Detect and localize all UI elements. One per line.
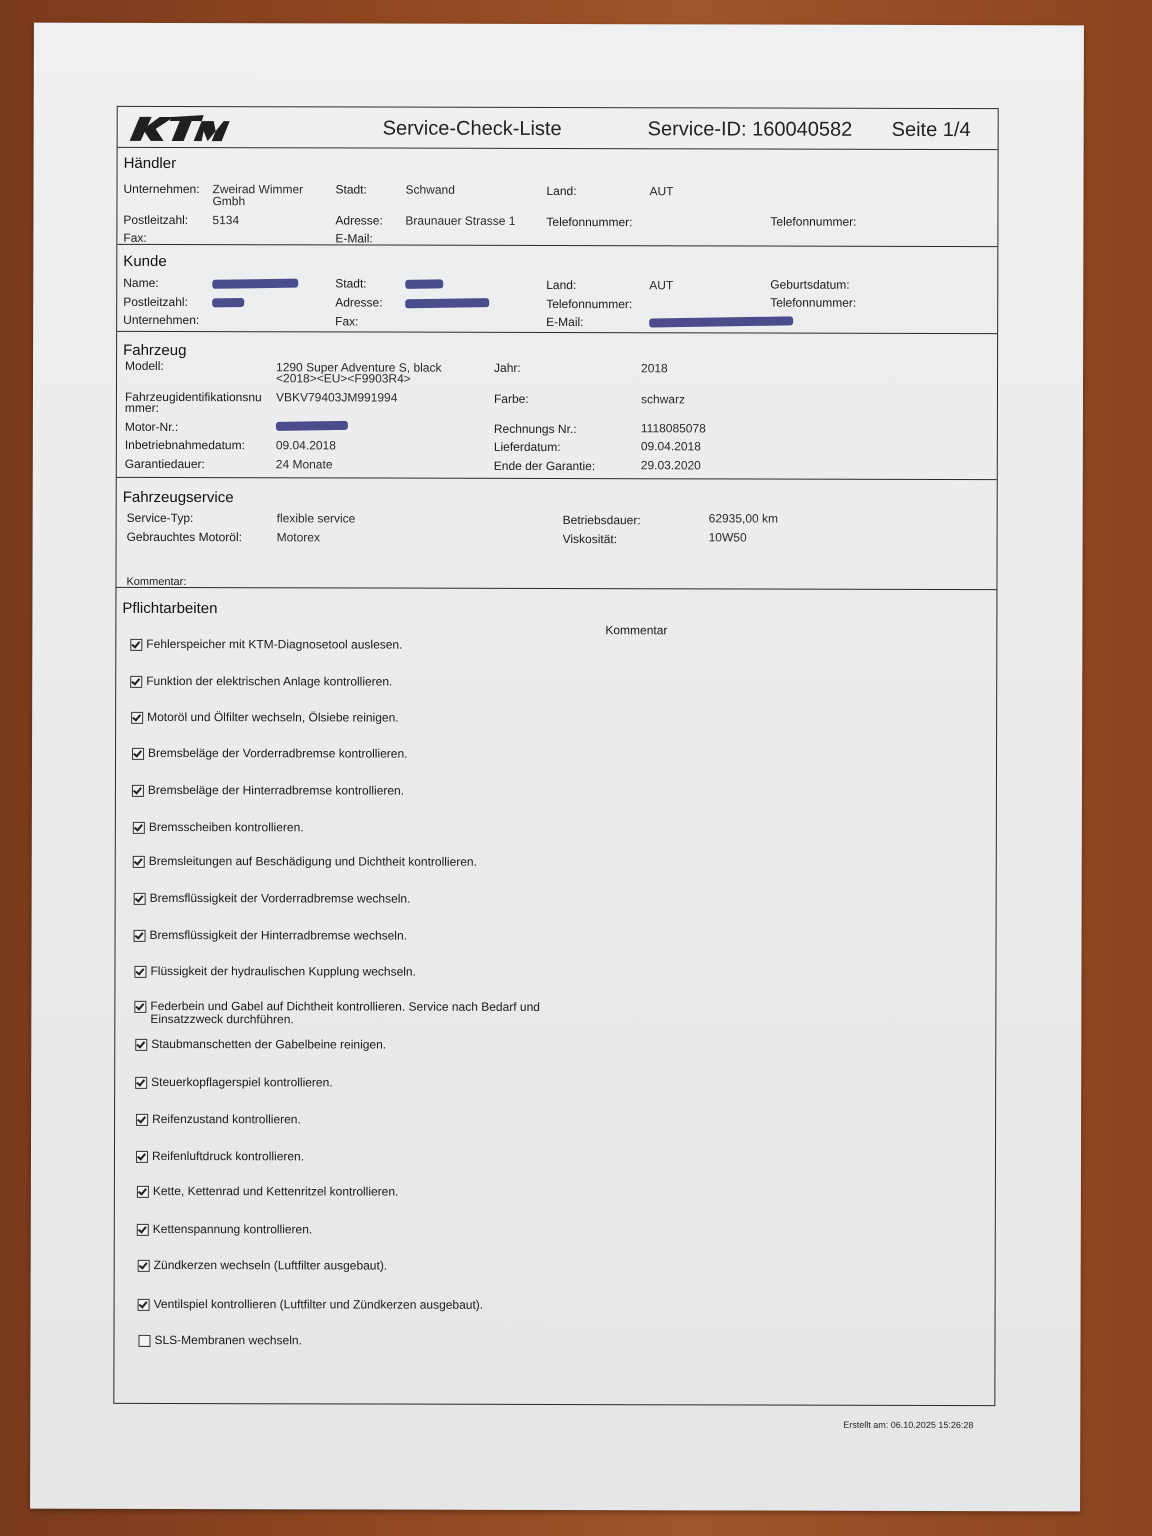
task-label: Bremsflüssigkeit der Hinterradbremse wec… [150, 929, 407, 943]
dealer-city-label: Stadt: [335, 183, 366, 195]
vehicle-model-label: Modell: [125, 360, 164, 372]
created-timestamp: Erstellt am: 06.10.2025 15:26:28 [843, 1420, 973, 1430]
dealer-heading: Händler [124, 155, 177, 172]
dealer-zip-label: Postleitzahl: [123, 214, 188, 226]
task-label: Ventilspiel kontrollieren (Luftfilter un… [154, 1298, 484, 1312]
checkbox-checked-icon[interactable] [134, 1001, 146, 1013]
customer-email-label: E-Mail: [546, 316, 583, 328]
dealer-section: Händler Unternehmen: Zweirad Wimmer Gmbh… [117, 148, 997, 247]
service-oil-value: Motorex [277, 531, 320, 543]
customer-country-label: Land: [546, 279, 576, 291]
task-item: Reifenzustand kontrollieren. [136, 1113, 556, 1127]
task-item: Bremsbeläge der Hinterradbremse kontroll… [132, 784, 552, 798]
document-sheet: Service-Check-Liste Service-ID: 16004058… [30, 23, 1084, 1512]
checkbox-checked-icon[interactable] [135, 1039, 147, 1051]
vehicle-invoice-label: Rechnungs Nr.: [494, 423, 577, 435]
customer-name-label: Name: [123, 277, 158, 289]
task-item: Bremsscheiben kontrollieren. [133, 821, 553, 835]
page-number: Seite 1/4 [892, 119, 971, 142]
vehicle-delivery-value: 09.04.2018 [641, 440, 701, 452]
checkbox-checked-icon[interactable] [138, 1299, 150, 1311]
task-item: Kettenspannung kontrollieren. [137, 1223, 557, 1237]
dealer-address-label: Adresse: [335, 214, 382, 226]
vehicle-vin-value: VBKV79403JM991994 [276, 391, 397, 403]
dealer-email-label: E-Mail: [335, 232, 372, 244]
page-title: Service-Check-Liste [383, 118, 562, 141]
task-label: Reifenluftdruck kontrollieren. [152, 1150, 304, 1163]
customer-birthdate-label: Geburtsdatum: [770, 279, 849, 291]
dealer-fax-label: Fax: [123, 232, 146, 244]
customer-fax-label: Fax: [335, 315, 358, 327]
task-label: Federbein und Gabel auf Dichtheit kontro… [150, 1000, 554, 1027]
task-item: SLS-Membranen wechseln. [138, 1334, 558, 1348]
tasks-comment-header: Kommentar [605, 624, 667, 636]
redacted-zip [212, 298, 244, 307]
task-item: Staubmanschetten der Gabelbeine reinigen… [135, 1038, 555, 1052]
vehicle-invoice-value: 1118085078 [641, 422, 706, 434]
dealer-address-value: Braunauer Strasse 1 [405, 215, 515, 227]
task-label: Kettenspannung kontrollieren. [153, 1223, 312, 1236]
task-item: Reifenluftdruck kontrollieren. [136, 1150, 556, 1164]
task-label: Motoröl und Ölfilter wechseln, Ölsiebe r… [147, 711, 399, 725]
task-label: Staubmanschetten der Gabelbeine reinigen… [151, 1038, 386, 1052]
task-label: Zündkerzen wechseln (Luftfilter ausgebau… [154, 1259, 388, 1273]
task-item: Motoröl und Ölfilter wechseln, Ölsiebe r… [131, 711, 551, 725]
checkbox-checked-icon[interactable] [132, 785, 144, 797]
task-item: Steuerkopflagerspiel kontrollieren. [135, 1076, 555, 1090]
task-item: Ventilspiel kontrollieren (Luftfilter un… [138, 1298, 558, 1312]
service-id: Service-ID: 160040582 [648, 118, 853, 142]
checkbox-checked-icon[interactable] [131, 712, 143, 724]
vehicle-warranty-label: Garantiedauer: [125, 458, 205, 470]
task-item: Bremsflüssigkeit der Hinterradbremse wec… [134, 929, 554, 943]
task-item: Zündkerzen wechseln (Luftfilter ausgebau… [138, 1259, 558, 1273]
service-checklist-form: Service-Check-Liste Service-ID: 16004058… [113, 106, 998, 1406]
checkbox-checked-icon[interactable] [134, 930, 146, 942]
dealer-company-label: Unternehmen: [123, 183, 199, 195]
customer-country-value: AUT [649, 279, 673, 291]
vehicle-heading: Fahrzeug [123, 342, 186, 359]
dealer-city-value: Schwand [405, 184, 454, 196]
task-label: Kette, Kettenrad und Kettenritzel kontro… [153, 1185, 399, 1199]
vehicle-model-line2: <2018><EU><F9903R4> [276, 372, 411, 384]
customer-city-label: Stadt: [335, 277, 366, 289]
vehicle-vin-label-2: mmer: [125, 402, 159, 414]
checkbox-checked-icon[interactable] [130, 676, 142, 688]
vehicle-commission-label: Inbetriebnahmedatum: [125, 439, 245, 451]
vehicle-delivery-label: Lieferdatum: [494, 441, 561, 453]
customer-section: Kunde Name: Stadt: Land: AUT Geburtsdatu… [117, 245, 997, 334]
checkbox-checked-icon[interactable] [130, 639, 142, 651]
vehicle-warranty-end-value: 29.03.2020 [641, 459, 701, 471]
mandatory-tasks-section: Pflichtarbeiten Kommentar Fehlerspeicher… [114, 588, 996, 1405]
tasks-heading: Pflichtarbeiten [122, 600, 217, 617]
service-section: Fahrzeugservice Service-Typ: flexible se… [116, 478, 996, 590]
task-label: Fehlerspeicher mit KTM-Diagnosetool ausl… [146, 638, 402, 652]
dealer-company-value: Zweirad Wimmer Gmbh [212, 183, 322, 207]
dealer-zip-value: 5134 [212, 214, 239, 226]
service-oil-label: Gebrauchtes Motoröl: [127, 531, 242, 543]
service-type-label: Service-Typ: [127, 512, 194, 524]
service-type-value: flexible service [277, 512, 356, 524]
vehicle-year-label: Jahr: [494, 362, 521, 374]
checkbox-empty-icon[interactable] [138, 1335, 150, 1347]
vehicle-warranty-value: 24 Monate [276, 458, 333, 470]
customer-address-label: Adresse: [335, 296, 382, 308]
checkbox-checked-icon[interactable] [137, 1224, 149, 1236]
checkbox-checked-icon[interactable] [135, 1077, 147, 1089]
redacted-address [405, 298, 489, 308]
task-label: Flüssigkeit der hydraulischen Kupplung w… [150, 965, 416, 979]
checkbox-checked-icon[interactable] [138, 1260, 150, 1272]
checkbox-checked-icon[interactable] [133, 822, 145, 834]
service-viscosity-value: 10W50 [709, 531, 747, 543]
ktm-logo-icon [122, 113, 232, 143]
service-mileage-value: 62935,00 km [709, 512, 778, 524]
task-item: Bremsflüssigkeit der Vorderradbremse wec… [134, 892, 554, 906]
task-item: Bremsbeläge der Vorderradbremse kontroll… [132, 747, 552, 761]
vehicle-color-label: Farbe: [494, 393, 529, 405]
checkbox-checked-icon[interactable] [134, 893, 146, 905]
customer-company-label: Unternehmen: [123, 314, 199, 326]
vehicle-engine-label: Motor-Nr.: [125, 421, 178, 433]
service-heading: Fahrzeugservice [123, 489, 234, 506]
task-item: Funktion der elektrischen Anlage kontrol… [130, 675, 550, 689]
checkbox-checked-icon[interactable] [133, 856, 145, 868]
checkbox-checked-icon[interactable] [137, 1186, 149, 1198]
vehicle-color-value: schwarz [641, 393, 685, 405]
redacted-city [405, 279, 443, 289]
checkbox-checked-icon[interactable] [132, 748, 144, 760]
dealer-phone-label: Telefonnummer: [546, 216, 632, 228]
vehicle-commission-value: 09.04.2018 [276, 439, 336, 451]
customer-phone-label: Telefonnummer: [546, 298, 632, 310]
dealer-phone2-label: Telefonnummer: [770, 216, 856, 228]
task-item: Flüssigkeit der hydraulischen Kupplung w… [134, 965, 554, 979]
checkbox-checked-icon[interactable] [134, 966, 146, 978]
vehicle-warranty-end-label: Ende der Garantie: [494, 460, 595, 472]
task-label: Funktion der elektrischen Anlage kontrol… [146, 675, 392, 689]
task-label: Reifenzustand kontrollieren. [152, 1113, 301, 1126]
task-label: Bremsscheiben kontrollieren. [149, 821, 304, 834]
redacted-email [649, 316, 793, 327]
task-label: Bremsbeläge der Vorderradbremse kontroll… [148, 747, 408, 761]
task-item: Bremsleitungen auf Beschädigung und Dich… [133, 855, 553, 869]
task-label: Bremsflüssigkeit der Vorderradbremse wec… [150, 892, 411, 906]
dealer-country-value: AUT [649, 185, 673, 197]
task-label: Bremsbeläge der Hinterradbremse kontroll… [148, 784, 404, 798]
form-header: Service-Check-Liste Service-ID: 16004058… [118, 107, 998, 150]
vehicle-section: Fahrzeug Modell: 1290 Super Adventure S,… [117, 332, 997, 480]
vehicle-year-value: 2018 [641, 362, 668, 374]
customer-heading: Kunde [123, 253, 166, 270]
customer-phone2-label: Telefonnummer: [770, 297, 856, 309]
service-comment-label: Kommentar: [126, 576, 186, 588]
dealer-country-label: Land: [546, 185, 576, 197]
redacted-name [212, 279, 298, 289]
checkbox-checked-icon[interactable] [136, 1114, 148, 1126]
service-mileage-label: Betriebsdauer: [563, 514, 641, 526]
task-item: Federbein und Gabel auf Dichtheit kontro… [134, 1000, 554, 1027]
task-item: Kette, Kettenrad und Kettenritzel kontro… [137, 1185, 557, 1199]
task-label: Bremsleitungen auf Beschädigung und Dich… [149, 855, 477, 869]
customer-zip-label: Postleitzahl: [123, 296, 188, 308]
task-label: SLS-Membranen wechseln. [154, 1334, 301, 1347]
checkbox-checked-icon[interactable] [136, 1151, 148, 1163]
redacted-engine-number [276, 421, 348, 431]
service-viscosity-label: Viskosität: [563, 533, 618, 545]
task-label: Steuerkopflagerspiel kontrollieren. [151, 1076, 332, 1089]
task-item: Fehlerspeicher mit KTM-Diagnosetool ausl… [130, 638, 550, 652]
